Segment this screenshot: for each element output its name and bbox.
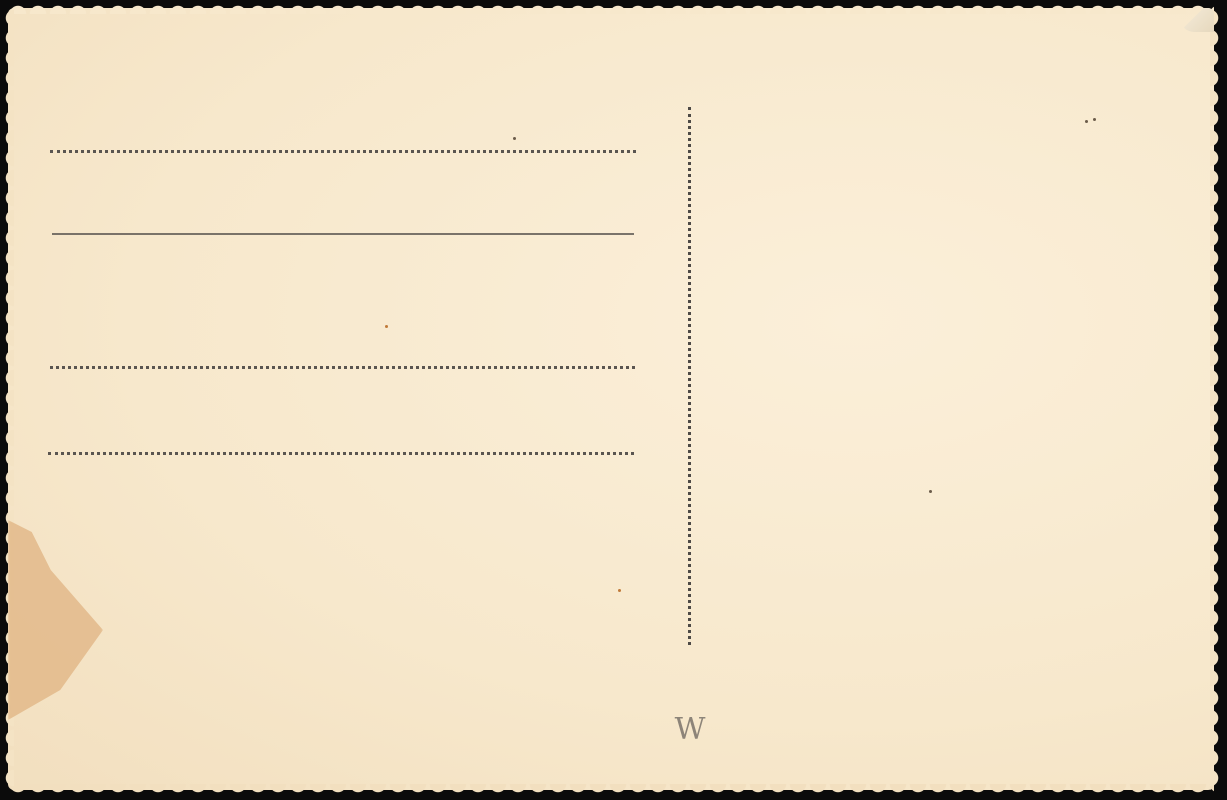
address-line-4 xyxy=(48,452,634,455)
paper-speck xyxy=(513,137,516,140)
paper-speck xyxy=(1093,118,1096,121)
paper-speck xyxy=(618,589,621,592)
address-line-2 xyxy=(52,233,634,235)
scalloped-edge-top xyxy=(8,4,1214,14)
address-line-3 xyxy=(50,366,635,369)
paper-speck xyxy=(385,325,388,328)
corner-crease xyxy=(1180,8,1214,32)
scalloped-edge-bottom xyxy=(8,784,1214,794)
publisher-logo-icon: W xyxy=(668,706,712,754)
center-divider-line xyxy=(688,107,691,645)
scalloped-edge-right xyxy=(1210,8,1220,790)
paper-speck xyxy=(1085,120,1088,123)
postcard-back xyxy=(8,8,1214,790)
address-line-1 xyxy=(50,150,636,153)
paper-speck xyxy=(929,490,932,493)
